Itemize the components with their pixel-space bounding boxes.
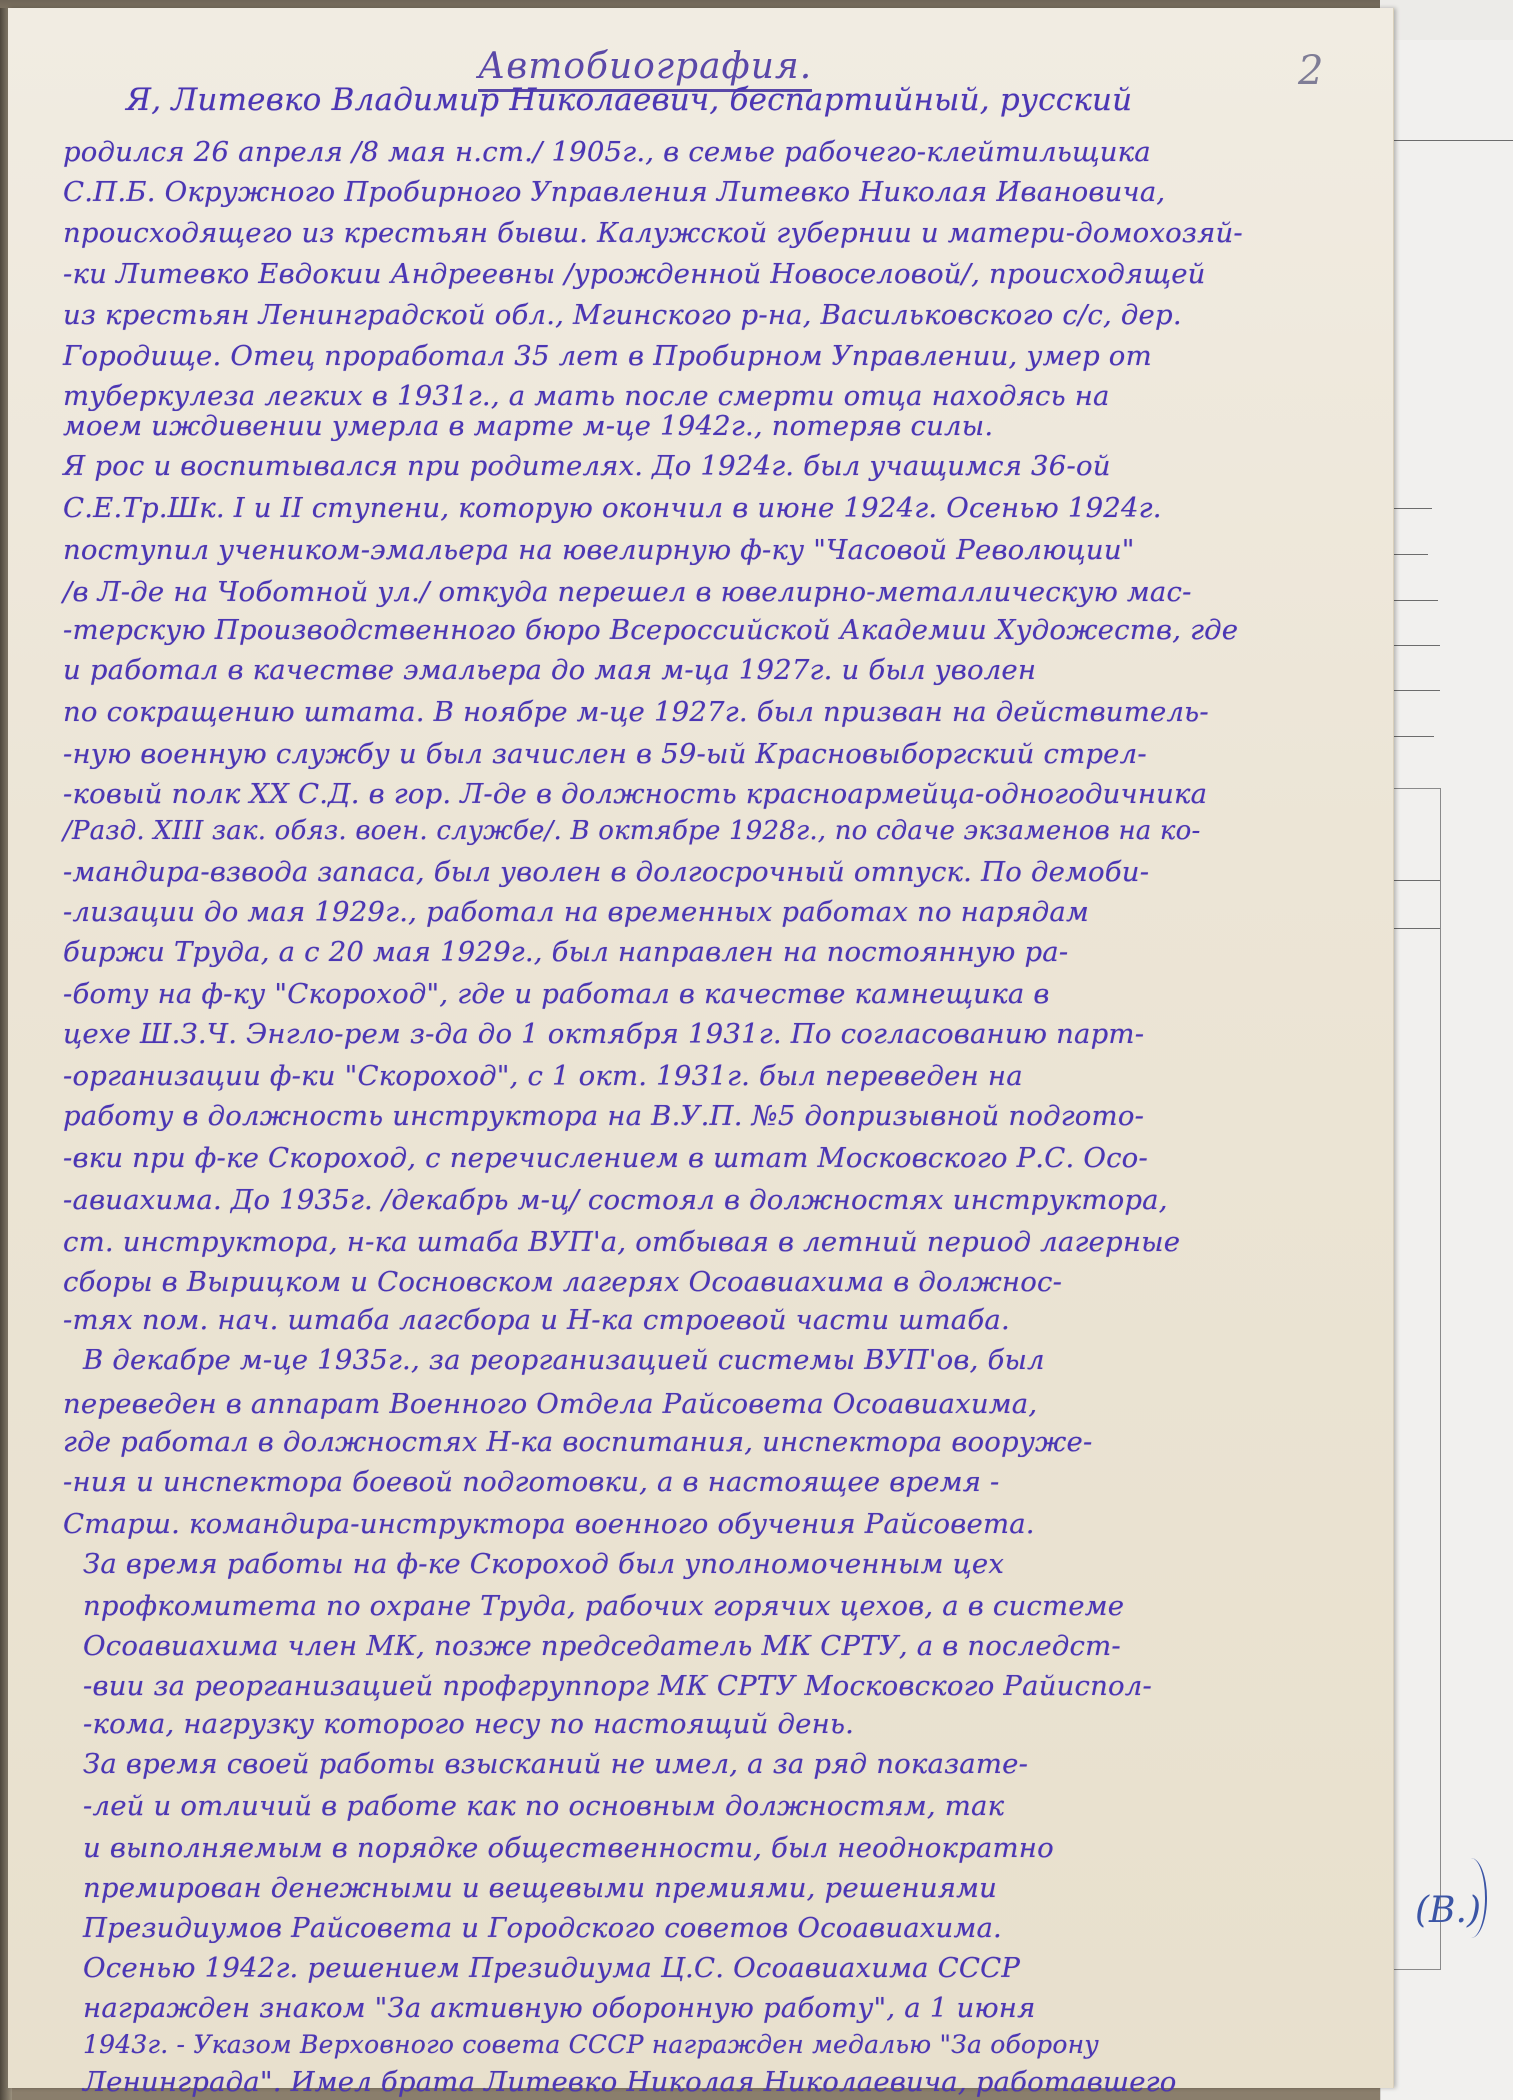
text-line: Президиумов Райсовета и Городского совет… [83, 1912, 1002, 1944]
text-line: -ковый полк XX С.Д. в гор. Л-де в должно… [63, 778, 1207, 810]
text-line: Осоавиахима член МК, позже председатель … [83, 1630, 1121, 1662]
form-rule [1390, 880, 1440, 881]
text-line: Я рос и воспитывался при родителях. До 1… [63, 450, 1111, 482]
text-line: -тях пом. нач. штаба лагсбора и Н-ка стр… [63, 1304, 1010, 1336]
text-line: туберкулеза легких в 1931г., а мать посл… [63, 380, 1110, 412]
text-line: -терскую Производственного бюро Всеросси… [63, 614, 1238, 646]
form-rule [1390, 600, 1438, 601]
text-line: Я, Литевко Владимир Николаевич, беспарти… [126, 82, 1132, 118]
text-line: из крестьян Ленинградской обл., Мгинског… [63, 299, 1182, 331]
page-number: 2 [1298, 48, 1323, 94]
text-line: -лизации до мая 1929г., работал на време… [63, 896, 1089, 928]
text-line: -мандира-взвода запаса, был уволен в дол… [63, 856, 1149, 888]
text-line: За время своей работы взысканий не имел,… [83, 1748, 1028, 1780]
text-line: премирован денежными и вещевыми премиями… [83, 1872, 997, 1904]
text-line: по сокращению штата. В ноябре м-це 1927г… [63, 696, 1209, 728]
text-line: -вии за реорганизацией профгруппорг МК С… [83, 1670, 1152, 1702]
text-line: родился 26 апреля /8 мая н.ст./ 1905г., … [63, 136, 1151, 168]
text-line: работу в должность инструктора на В.У.П.… [63, 1100, 1144, 1132]
text-line: где работал в должностях Н-ка воспитания… [63, 1426, 1092, 1458]
text-line: -ния и инспектора боевой подготовки, а в… [63, 1466, 1000, 1498]
form-rule [1390, 645, 1440, 646]
text-line: Старш. командира-инструктора военного об… [63, 1508, 1035, 1540]
text-line: и выполняемым в порядке общественности, … [83, 1832, 1054, 1864]
text-line: и работал в качестве эмальера до мая м-ц… [63, 654, 1036, 686]
form-box [1390, 788, 1441, 1970]
text-line: переведен в аппарат Военного Отдела Райс… [63, 1388, 1037, 1420]
text-line: сборы в Вырицком и Сосновском лагерях Ос… [63, 1266, 1062, 1298]
form-rule [1390, 928, 1440, 929]
form-rule [1390, 508, 1432, 509]
form-rule [1390, 554, 1428, 555]
text-line: -организации ф-ки "Скороход", с 1 окт. 1… [63, 1060, 1023, 1092]
form-rule [1390, 140, 1513, 141]
text-line: /в Л-де на Чоботной ул./ откуда перешел … [63, 576, 1192, 608]
text-line: В декабре м-це 1935г., за реорганизацией… [83, 1344, 1045, 1376]
text-line: Осенью 1942г. решением Президиума Ц.С. О… [83, 1952, 1020, 1984]
text-line: -ки Литевко Евдокии Андреевны /урожденно… [63, 258, 1206, 290]
text-line: моем иждивении умерла в марте м-це 1942г… [63, 410, 993, 442]
form-rule [1390, 736, 1434, 737]
text-line: 1943г. - Указом Верховного совета СССР н… [83, 2030, 1099, 2059]
text-line: происходящего из крестьян бывш. Калужско… [63, 217, 1243, 249]
text-line: -вки при ф-ке Скороход, с перечислением … [63, 1142, 1148, 1174]
text-line: ст. инструктора, н-ка штаба ВУП'а, отбыв… [63, 1226, 1180, 1258]
text-line: награжден знаком "За активную оборонную … [83, 1992, 1036, 2024]
text-line: С.П.Б. Окружного Пробирного Управления Л… [63, 176, 1165, 208]
text-line: поступил учеником-эмальера на ювелирную … [63, 534, 1135, 566]
text-line: С.Е.Тр.Шк. I и II ступени, которую оконч… [63, 492, 1162, 524]
text-line: /Разд. XIII зак. обяз. воен. службе/. В … [63, 816, 1201, 846]
text-line: -боту на ф-ку "Скороход", где и работал … [63, 978, 1050, 1010]
text-line: профкомитета по охране Труда, рабочих го… [83, 1590, 1124, 1622]
text-line: -лей и отличий в работе как по основным … [83, 1790, 1004, 1822]
text-line: Городище. Отец проработал 35 лет в Проби… [63, 340, 1152, 372]
form-rule [1390, 690, 1440, 691]
text-line: -ную военную службу и был зачислен в 59-… [63, 738, 1147, 770]
text-line: -авиахима. До 1935г. /декабрь м-ц/ состо… [63, 1184, 1168, 1216]
text-line: биржи Труда, а с 20 мая 1929г., был напр… [63, 936, 1068, 968]
text-line: цехе Ш.З.Ч. Энгло-рем з-да до 1 октября … [63, 1018, 1144, 1050]
text-line: Ленинграда". Имел брата Литевко Николая … [83, 2066, 1177, 2098]
text-line: За время работы на ф-ке Скороход был упо… [83, 1548, 1004, 1580]
margin-note: (В.) [1415, 1890, 1481, 1931]
autobiography-page: 2 Автобиография. Я, Литевко Владимир Ник… [8, 8, 1394, 2088]
text-line: -кома, нагрузку которого несу по настоящ… [83, 1708, 854, 1740]
